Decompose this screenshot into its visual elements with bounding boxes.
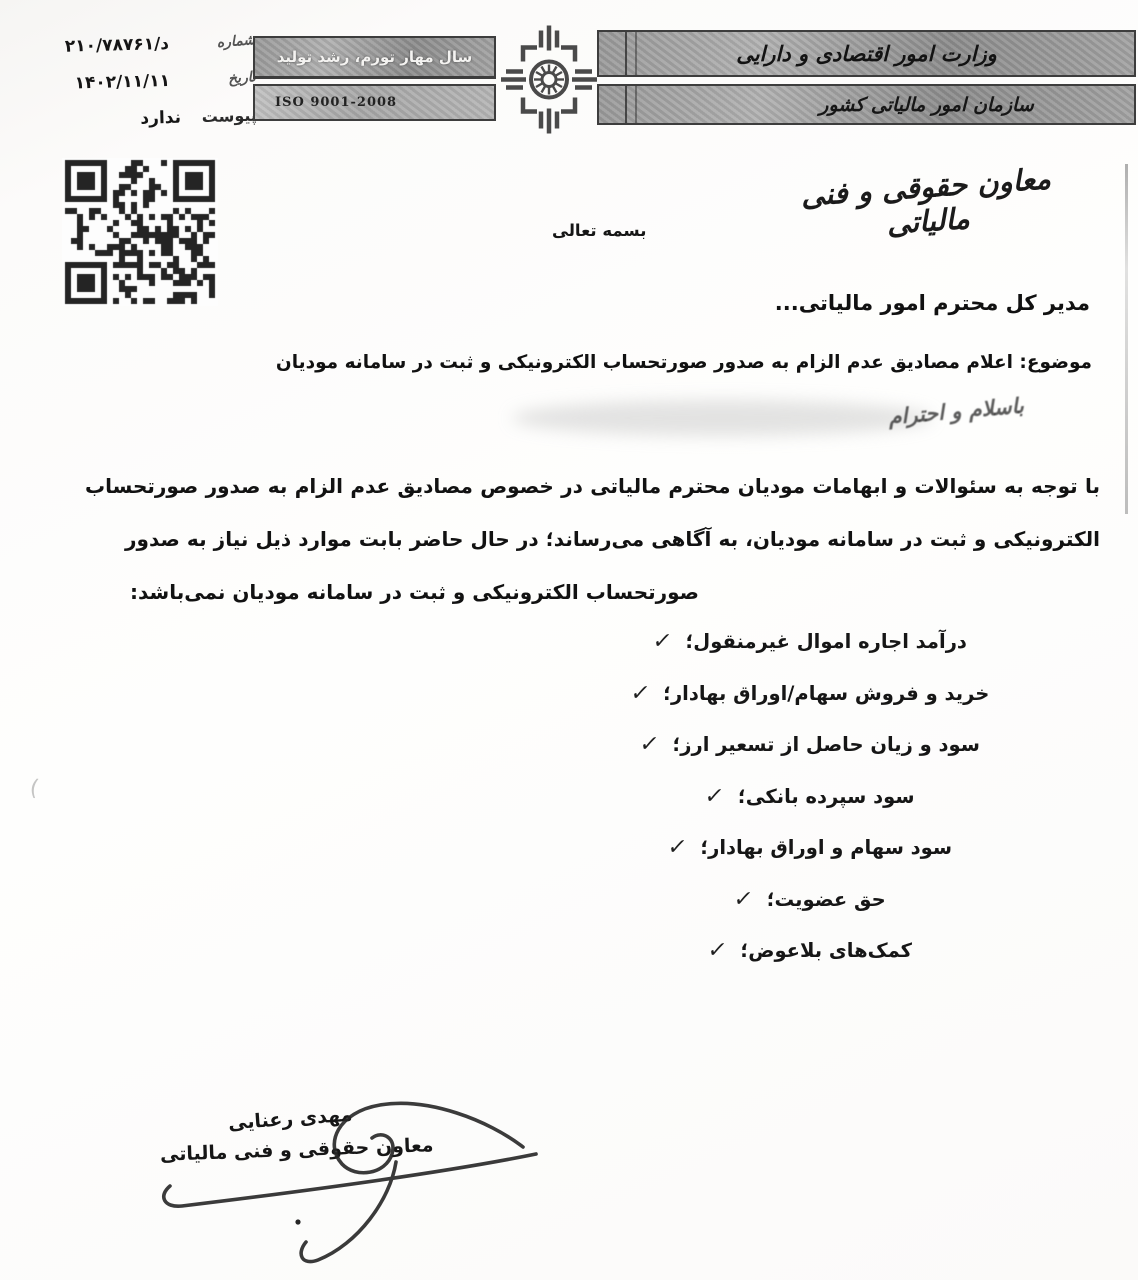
list-item: ✓ حق عضویت؛ (565, 874, 1055, 926)
list-item: ✓ سود و زیان حاصل از تسعیر ارز؛ (565, 719, 1055, 771)
signature-block: مهدی رعنایی معاون حقوقی و فنی مالیاتی (128, 1092, 538, 1272)
addressee-line: مدیر کل محترم امور مالیاتی... (775, 291, 1090, 315)
list-item: ✓ درآمد اجاره اموال غیرمنقول؛ (565, 616, 1055, 668)
letter-body: با توجه به سئوالات و ابهامات مودیان محتر… (85, 460, 1100, 619)
list-item-text: سود و زیان حاصل از تسعیر ارز؛ (672, 733, 980, 756)
checkmark-icon: ✓ (638, 732, 661, 757)
list-item: ✓ سود سهام و اوراق بهادار؛ (565, 822, 1055, 874)
list-item-text: سود سپرده بانکی؛ (738, 785, 915, 808)
checkmark-icon: ✓ (651, 629, 674, 654)
slogan-banner: سال مهار تورم، رشد تولید (253, 36, 496, 79)
qr-code (62, 158, 218, 306)
list-item-text: کمک‌های بلاعوض؛ (740, 939, 912, 962)
left-banners: سال مهار تورم، رشد تولید ISO 9001-2008 (253, 36, 496, 121)
letter-meta: شماره د/۲۱۰/۷۸۷۶۱ تاریخ ۱۴۰۲/۱۱/۱۱ پیوست… (3, 23, 258, 141)
scan-artifact-mark: ( (28, 775, 41, 801)
qr-code-canvas (62, 158, 218, 306)
number-label: شماره (192, 32, 255, 53)
checkmark-icon: ✓ (706, 938, 729, 963)
list-item-text: سود سهام و اوراق بهادار؛ (700, 836, 952, 859)
slogan-text: سال مهار تورم، رشد تولید (277, 48, 473, 66)
letterhead-title: معاون حقوقی و فنی مالیاتی (760, 159, 1094, 250)
scanned-official-letter: شماره د/۲۱۰/۷۸۷۶۱ تاریخ ۱۴۰۲/۱۱/۱۱ پیوست… (0, 0, 1138, 1280)
tax-organization-emblem-icon (499, 23, 599, 136)
organization-banner: سازمان امور مالیاتی کشور (597, 84, 1136, 125)
list-item: ✓ سود سپرده بانکی؛ (565, 771, 1055, 823)
body-line-3: صورتحساب الکترونیکی و ثبت در سامانه مودی… (85, 566, 1100, 619)
attachment-label: پیوست (195, 106, 257, 127)
iso-text: ISO 9001-2008 (275, 95, 397, 110)
attachment-value: ندارد (140, 107, 181, 128)
list-item-text: درآمد اجاره اموال غیرمنقول؛ (686, 630, 967, 653)
checkmark-icon: ✓ (666, 835, 689, 860)
body-line-1: با توجه به سئوالات و ابهامات مودیان محتر… (85, 460, 1100, 513)
list-item: ✓ خرید و فروش سهام/اوراق بهادار؛ (565, 668, 1055, 720)
checkmark-icon: ✓ (628, 681, 651, 706)
exemption-list: ✓ درآمد اجاره اموال غیرمنقول؛ ✓ خرید و ف… (565, 616, 1055, 977)
bismillah-text: بسمه تعالی (552, 221, 646, 240)
handwritten-greeting: باسلام و احترام (873, 394, 1025, 431)
ministry-name: وزارت امور اقتصادی و دارایی (736, 42, 997, 66)
signature-scribble (128, 1092, 538, 1272)
subject-line: موضوع: اعلام مصادیق عدم الزام به صدور صو… (276, 352, 1092, 373)
organization-name: سازمان امور مالیاتی کشور (819, 94, 1033, 116)
list-item-text: خرید و فروش سهام/اوراق بهادار؛ (663, 682, 989, 705)
ministry-banner: وزارت امور اقتصادی و دارایی (597, 30, 1136, 77)
body-line-2: الکترونیکی و ثبت در سامانه مودیان، به آگ… (85, 513, 1100, 566)
iso-banner: ISO 9001-2008 (253, 84, 496, 121)
list-item-text: حق عضویت؛ (767, 888, 886, 911)
checkmark-icon: ✓ (703, 784, 726, 809)
letter-attachment-row: پیوست ندارد (5, 97, 258, 141)
redaction-smudge (512, 400, 932, 436)
scan-artifact-line (1125, 164, 1128, 514)
number-value: د/۲۱۰/۷۸۷۶۱ (65, 33, 170, 56)
date-value: ۱۴۰۲/۱۱/۱۱ (74, 70, 170, 92)
right-banners: وزارت امور اقتصادی و دارایی سازمان امور … (597, 30, 1136, 125)
list-item: ✓ کمک‌های بلاعوض؛ (565, 925, 1055, 977)
checkmark-icon: ✓ (732, 887, 755, 912)
date-label: تاریخ (193, 69, 256, 90)
